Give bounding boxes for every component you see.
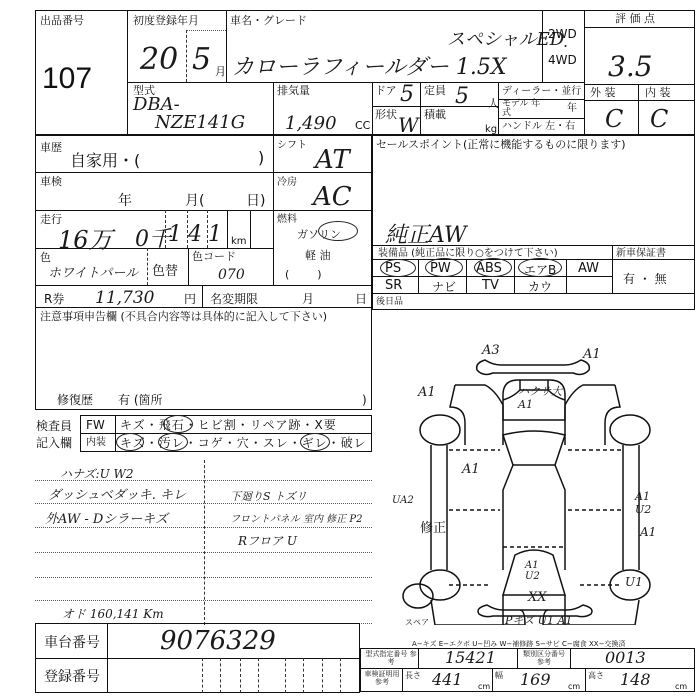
displacement-value: 1,490	[285, 113, 337, 134]
shape-value: W	[398, 113, 419, 137]
first-reg-month: 5	[192, 42, 211, 77]
car-name: カローラフィールダー 1.5X	[232, 50, 507, 81]
shift-value: AT	[315, 145, 350, 175]
cert-label: 車検証明用 参考	[362, 670, 402, 686]
repaint-label: 色替	[152, 260, 178, 279]
name-change-day: 日	[355, 290, 367, 307]
inspector-note-right-1: 下廻りS トズリ	[230, 488, 307, 504]
shape-label: 形状	[375, 109, 397, 121]
mark-front-bumper-left: A3	[482, 343, 500, 358]
fuel-other: ( )	[285, 268, 322, 281]
color-code-label: 色コード	[192, 251, 236, 263]
mileage-rest: 141	[168, 222, 228, 247]
repair-close: )	[362, 394, 367, 406]
displacement-label: 排気量	[277, 85, 310, 97]
height-value: 148	[620, 670, 651, 689]
mileage-10k: 16万	[58, 220, 113, 255]
chassis-label: 車台番号	[44, 632, 100, 652]
inspector-label-1: 検査員	[36, 420, 72, 432]
doors-label: ドア	[375, 85, 397, 97]
inspector-label-2: 記入欄	[36, 437, 72, 449]
exterior-label: 外 装	[590, 87, 616, 99]
width-value: 169	[520, 670, 551, 689]
equip-airbag-circle	[518, 258, 562, 277]
interior-label: 内 装	[645, 87, 671, 99]
history-value: 自家用・(	[70, 148, 140, 171]
registration-label: 登録番号	[44, 666, 100, 686]
odometer-note: オド 160,141 Km	[62, 605, 164, 622]
ac-value: AC	[313, 182, 352, 212]
spare-tire-icon	[398, 580, 438, 612]
ac-label: 冷房	[277, 177, 297, 189]
cc-unit: CC	[355, 120, 370, 132]
drive-sep: ・	[560, 41, 571, 53]
int-circle-stain	[158, 433, 188, 451]
fw-label: FW	[86, 419, 105, 431]
history-close: )	[258, 148, 264, 167]
class-no-value: 0013	[605, 648, 646, 667]
inspection-year: 年	[118, 190, 132, 210]
doors-value: 5	[400, 82, 414, 107]
month-unit: 月	[215, 66, 226, 78]
fuel-diesel: 軽 油	[305, 247, 331, 263]
mark-right-rear-door: A1 U2	[635, 490, 659, 516]
inspector-note-left-1: ハナズ:U W2	[60, 465, 133, 482]
first-reg-label: 初度登録年月	[133, 15, 199, 27]
inspection-label: 車検	[40, 176, 62, 188]
mark-rear-bumper: Pキズ U1 A1	[505, 612, 572, 628]
later-items-label: 後日品	[376, 296, 403, 308]
repair-label: 修復歴	[57, 394, 93, 406]
mark-front-bumper-right: A1	[583, 347, 601, 362]
color-code: 070	[218, 267, 245, 283]
equip-abs-circle	[474, 258, 512, 277]
car-name-label: 車名・グレード	[230, 15, 307, 27]
drive-2wd: 2WD	[548, 28, 577, 40]
color-value: ホワイトパール	[48, 262, 138, 281]
notes-label: 注意事項申告欄 (不具合内容等は具体的に記入して下さい)	[40, 311, 327, 323]
mark-left-rear-door: UA2	[392, 495, 414, 506]
load-label: 積載	[424, 109, 446, 121]
fuel-label: 燃料	[277, 214, 297, 226]
mark-right-quarter: A1	[640, 525, 656, 539]
lot-number-label: 出品番号	[40, 15, 84, 27]
grade-note: スペシャルED	[447, 25, 564, 51]
length-unit: cm	[478, 681, 490, 693]
warranty-value: 有 ・ 無	[623, 270, 667, 287]
lot-number: 107	[42, 62, 92, 96]
int-circle-tear	[300, 433, 330, 451]
exterior-grade: C	[605, 105, 623, 133]
capacity-label: 定員	[424, 85, 446, 97]
model-year-label: モデル 年式	[502, 100, 542, 118]
height-label: 高さ	[588, 670, 604, 682]
class-no-label: 類別区分番号 参考	[519, 650, 569, 666]
length-label: 長さ	[405, 670, 421, 682]
interior-grade: C	[650, 105, 668, 133]
mark-left-rear-panel: 修正	[420, 517, 446, 536]
width-label: 幅	[495, 670, 503, 682]
fw-circle-chip	[163, 415, 193, 433]
inspector-note-left-3: 外AW - Dシラーキズ	[45, 508, 168, 527]
year-unit: 年	[567, 103, 577, 115]
shift-label: シフト	[277, 140, 307, 152]
equip-ps-circle	[380, 259, 416, 277]
spare-label: スペア	[405, 617, 429, 629]
dealer-label: ディーラー・並行	[502, 86, 581, 98]
repair-value: 有 (箇所	[118, 394, 163, 406]
handle-label: ハンドル 左・右	[502, 121, 575, 133]
sales-point-label: セールスポイント(正常に機能するものに限ります)	[376, 139, 626, 151]
mark-trunk: A1 U2	[525, 560, 543, 582]
recycle-value: 11,730	[95, 288, 154, 308]
chassis-value: 9076329	[160, 626, 276, 656]
equip-aw: AW	[578, 261, 599, 276]
recycle-label: R券	[44, 290, 64, 307]
mark-rear-panel: XX	[528, 590, 547, 605]
yen-unit: 円	[184, 290, 196, 307]
inspection-month: 月(	[185, 190, 204, 210]
height-unit: cm	[675, 681, 687, 693]
mark-left-fender: A1	[418, 385, 436, 400]
km-unit: km	[231, 236, 247, 248]
length-value: 441	[432, 670, 463, 689]
score-label: 評 価 点	[615, 13, 655, 25]
name-change-month: 月	[302, 290, 314, 307]
inspector-note-right-3: Rフロア U	[238, 532, 297, 549]
inspection-day: 日)	[246, 190, 265, 210]
type-no-value: 15421	[445, 648, 496, 667]
equip-pw-circle	[425, 258, 463, 277]
fw-items: キズ・飛石・ヒビ割・リペア跡・X要	[120, 419, 337, 431]
width-unit: cm	[568, 681, 580, 693]
score-value: 3.5	[608, 50, 653, 83]
type-no-label: 型式指定番号 参考	[362, 650, 420, 666]
name-change-label: 名変期限	[210, 290, 258, 307]
equip-sr: SR	[385, 278, 402, 293]
int-circle-scratch	[116, 433, 144, 451]
equip-tv: TV	[482, 278, 499, 293]
first-reg-year: 20	[140, 42, 178, 77]
inspector-note-left-2: ダッシュベダッキ. キレ	[48, 484, 186, 503]
interior-check-label: 内装	[86, 437, 106, 449]
history-label: 車歴	[40, 142, 62, 154]
mark-bonnet: ハクサ大 A1	[518, 385, 568, 411]
drive-4wd: 4WD	[548, 54, 577, 66]
inspector-note-right-2: フロントパネル 室内 修正 P2	[230, 510, 362, 525]
model-code: NZE141G	[155, 112, 245, 133]
mark-left-front-door: A1	[462, 462, 480, 477]
mark-right-rear: U1	[625, 575, 643, 589]
fuel-gasoline-circle	[318, 221, 358, 241]
